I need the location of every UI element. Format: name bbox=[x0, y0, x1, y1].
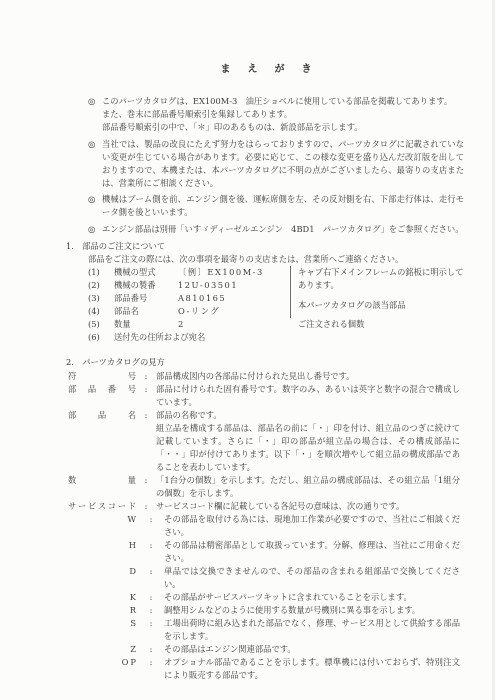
order-item-label: 部品名 bbox=[114, 305, 178, 318]
bullet-text: 当社では、製品の改良にたえず努力をはらっておりますので、パーツカタログに記載され… bbox=[102, 138, 464, 190]
order-item-label: 機械の製番 bbox=[114, 279, 178, 292]
preface-bullet-list: ◎ このパーツカタログは、EX100M-3 油圧ショベルに使用している部品を掲載… bbox=[88, 95, 466, 239]
order-item-no: (5) bbox=[88, 318, 114, 331]
order-item-no: (6) bbox=[88, 331, 114, 344]
order-item-label: 機械の型式 bbox=[114, 266, 178, 279]
term-label: 部品番号 bbox=[68, 383, 136, 409]
bullet-text: このパーツカタログは、EX100M-3 油圧ショベルに使用している部品を掲載して… bbox=[102, 95, 464, 134]
term-label: サービスコード bbox=[68, 500, 136, 513]
service-code-colon: : bbox=[138, 656, 164, 682]
service-code-label: K bbox=[68, 591, 138, 604]
section-catalog-guide: 2. パーツカタログの見方 符号 : 部品構成図内の各部品に付けられた見出し番号… bbox=[66, 356, 476, 682]
service-code-label: OP bbox=[68, 656, 138, 682]
order-note-nameplate: キャブ右下メインフレームの銘板に明示してあります。 bbox=[290, 266, 468, 292]
order-row: (6) 送付先の住所および宛名 bbox=[88, 331, 472, 344]
order-item-value: 2 bbox=[178, 318, 185, 331]
service-code-desc: 調整用シムなどのように使用する数量が号機別に異る事を示します。 bbox=[164, 604, 460, 617]
service-code-colon: : bbox=[138, 565, 164, 591]
term-definition-list: 符号 : 部品構成図内の各部品に付けられた見出し番号です。 部品番号 : 部品に… bbox=[66, 370, 476, 513]
service-code-desc: 工場出荷時に組み込まれた部品でなく、修理、サービス用として供給する部品を示します… bbox=[164, 617, 460, 643]
service-code-row: Z : その部品はエンジン関連部品です。 bbox=[68, 643, 476, 656]
order-item-no: (4) bbox=[88, 305, 114, 318]
service-code-colon: : bbox=[138, 591, 164, 604]
service-code-label: R bbox=[68, 604, 138, 617]
order-item-no: (1) bbox=[88, 266, 114, 279]
service-code-colon: : bbox=[138, 539, 164, 565]
service-code-colon: : bbox=[138, 604, 164, 617]
scanned-document-page: まえがき ◎ このパーツカタログは、EX100M-3 油圧ショベルに使用している… bbox=[0, 0, 495, 700]
order-item-label: 部品番号 bbox=[114, 292, 178, 305]
bullet-item: ◎ このパーツカタログは、EX100M-3 油圧ショベルに使用している部品を掲載… bbox=[88, 95, 466, 134]
service-code-colon: : bbox=[138, 643, 164, 656]
service-code-colon: : bbox=[138, 617, 164, 643]
bullet-item: ◎ 当社では、製品の改良にたえず努力をはらっておりますので、パーツカタログに記載… bbox=[88, 138, 466, 190]
bullet-marker-icon: ◎ bbox=[88, 223, 102, 236]
service-code-desc: その部品を取付ける為には、現地加工作業が必要ですので、当社にご相談ください。 bbox=[164, 513, 460, 539]
term-row: 符号 : 部品構成図内の各部品に付けられた見出し番号です。 bbox=[68, 370, 476, 383]
service-code-label: Z bbox=[68, 643, 138, 656]
term-colon: : bbox=[136, 370, 156, 383]
bullet-marker-icon: ◎ bbox=[88, 138, 102, 190]
service-code-row: R : 調整用シムなどのように使用する数量が号機別に異る事を示します。 bbox=[68, 604, 476, 617]
order-note-quantity: ご注文される個数 bbox=[290, 318, 468, 331]
order-item-no: (3) bbox=[88, 292, 114, 305]
order-note-catalog-part: 本パーツカタログの該当部品 bbox=[290, 292, 468, 318]
term-desc: 部品の名称です。 組立品を構成する部品は、部品名の前に「・」印を付け、組立品のつ… bbox=[156, 409, 460, 474]
service-code-label: H bbox=[68, 539, 138, 565]
service-code-label: D bbox=[68, 565, 138, 591]
term-label: 部品名 bbox=[68, 409, 136, 474]
order-item-no: (2) bbox=[88, 279, 114, 292]
term-desc: 部品に付けられた固有番号です。数字のみ、あるいは英字と数字の混合で構成しています… bbox=[156, 383, 460, 409]
service-code-desc: その部品がサービスパーツキットに含まれていることを示します。 bbox=[164, 591, 460, 604]
order-intro-text: 部品をご注文の際には、次の事項を最寄りの支店または、営業所へご連絡ください。 bbox=[88, 253, 472, 266]
bullet-text: 機械はブーム側を前、エンジン側を後、運転席側を左、その反対側を右、下部走行体は、… bbox=[102, 193, 464, 219]
service-code-label: S bbox=[68, 617, 138, 643]
order-item-value: 12U-03501 bbox=[178, 279, 238, 292]
service-code-row: OP : オプショナル部品であることを示します。標準機には付いておらず、特別注文… bbox=[68, 656, 476, 682]
bullet-marker-icon: ◎ bbox=[88, 95, 102, 134]
service-code-desc: オプショナル部品であることを示します。標準機には付いておらず、特別注文により販売… bbox=[164, 656, 460, 682]
bullet-item: ◎ 機械はブーム側を前、エンジン側を後、運転席側を左、その反対側を右、下部走行体… bbox=[88, 193, 466, 219]
service-code-row: S : 工場出荷時に組み込まれた部品でなく、修理、サービス用として供給する部品を… bbox=[68, 617, 476, 643]
term-colon: : bbox=[136, 409, 156, 474]
order-item-value: O-リング bbox=[178, 305, 220, 318]
service-code-list: W : その部品を取付ける為には、現地加工作業が必要ですので、当社にご相談くださ… bbox=[66, 513, 476, 682]
service-code-desc: 単品では交換できませんので、その部品の含まれる組部品で交換してください。 bbox=[164, 565, 460, 591]
term-desc: 部品構成図内の各部品に付けられた見出し番号です。 bbox=[156, 370, 460, 383]
term-colon: : bbox=[136, 500, 156, 513]
order-item-value: 〔例〕EX100M-3 bbox=[178, 266, 264, 279]
page-title: まえがき bbox=[66, 63, 466, 76]
term-row: 数量 : 「1台分の個数」を示します。ただし、組立品の構成部品は、その組立品「1… bbox=[68, 474, 476, 500]
section-1-heading: 1. 部品のご注文について bbox=[66, 240, 472, 253]
order-item-label: 送付先の住所および宛名 bbox=[114, 331, 205, 344]
term-row: 部品名 : 部品の名称です。 組立品を構成する部品は、部品名の前に「・」印を付け… bbox=[68, 409, 476, 474]
term-label: 符号 bbox=[68, 370, 136, 383]
term-desc: サービスコード欄に記載している各記号の意味は、次の通りです。 bbox=[156, 500, 460, 513]
service-code-desc: その部品は精密部品として取扱っています。分解、修理は、当社にご用命ください。 bbox=[164, 539, 460, 565]
service-code-row: W : その部品を取付ける為には、現地加工作業が必要ですので、当社にご相談くださ… bbox=[68, 513, 476, 539]
bullet-marker-icon: ◎ bbox=[88, 193, 102, 219]
term-colon: : bbox=[136, 383, 156, 409]
term-label: 数量 bbox=[68, 474, 136, 500]
term-row: サービスコード : サービスコード欄に記載している各記号の意味は、次の通りです。 bbox=[68, 500, 476, 513]
service-code-label: W bbox=[68, 513, 138, 539]
service-code-row: D : 単品では交換できませんので、その部品の含まれる組部品で交換してください。 bbox=[68, 565, 476, 591]
service-code-row: H : その部品は精密部品として取扱っています。分解、修理は、当社にご用命くださ… bbox=[68, 539, 476, 565]
service-code-row: K : その部品がサービスパーツキットに含まれていることを示します。 bbox=[68, 591, 476, 604]
term-colon: : bbox=[136, 474, 156, 500]
service-code-desc: その部品はエンジン関連部品です。 bbox=[164, 643, 460, 656]
bullet-text: エンジン部品は別冊「いすゞディーゼルエンジン 4BD1 パーツカタログ」をご参照… bbox=[102, 223, 464, 236]
service-code-colon: : bbox=[138, 513, 164, 539]
section-2-heading: 2. パーツカタログの見方 bbox=[66, 356, 476, 369]
order-example-table: (1) 機械の型式 〔例〕EX100M-3 (2) 機械の製番 12U-0350… bbox=[88, 266, 472, 344]
order-item-value: A810165 bbox=[178, 292, 226, 305]
term-row: 部品番号 : 部品に付けられた固有番号です。数字のみ、あるいは英字と数字の混合で… bbox=[68, 383, 476, 409]
order-item-label: 数量 bbox=[114, 318, 178, 331]
bullet-item: ◎ エンジン部品は別冊「いすゞディーゼルエンジン 4BD1 パーツカタログ」をご… bbox=[88, 223, 466, 236]
term-desc: 「1台分の個数」を示します。ただし、組立品の構成部品は、その組立品「1組分の個数… bbox=[156, 474, 460, 500]
section-parts-ordering: 1. 部品のご注文について 部品をご注文の際には、次の事項を最寄りの支店または、… bbox=[66, 240, 472, 344]
